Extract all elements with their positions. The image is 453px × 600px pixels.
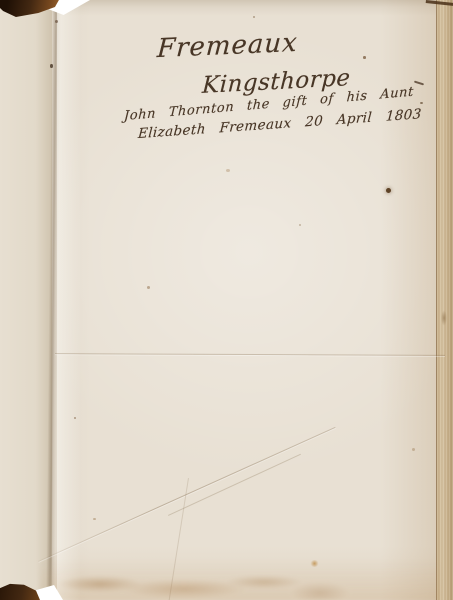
foxing-spot (386, 188, 391, 193)
horizontal-crease (55, 353, 445, 356)
foxing-spot (147, 286, 150, 289)
diagonal-crease (38, 427, 336, 562)
foxing-spot (74, 417, 76, 419)
book-photo: Fremeaux Kingsthorpe John Thornton the g… (0, 0, 453, 600)
foxing-spot (412, 448, 415, 451)
foxing-spot (55, 20, 58, 23)
foxing-spot (299, 224, 301, 226)
foxing-spot (420, 102, 423, 104)
gutter-highlight (57, 0, 81, 600)
foxing-spot (310, 560, 319, 567)
foxing-spot (363, 56, 366, 59)
bottom-stain-band (40, 560, 440, 600)
foxing-spot (253, 16, 255, 18)
fore-edge-mark (441, 310, 447, 326)
foxing-spot (50, 64, 53, 68)
fore-edge-band (436, 0, 453, 600)
inscription-owner-name: Fremeaux (156, 28, 299, 64)
ink-dash-mark (414, 81, 424, 86)
facing-page-gutter (0, 0, 52, 600)
foxing-spot (226, 169, 230, 172)
flyleaf-page: Fremeaux Kingsthorpe John Thornton the g… (0, 0, 453, 600)
foxing-spot (93, 518, 96, 520)
